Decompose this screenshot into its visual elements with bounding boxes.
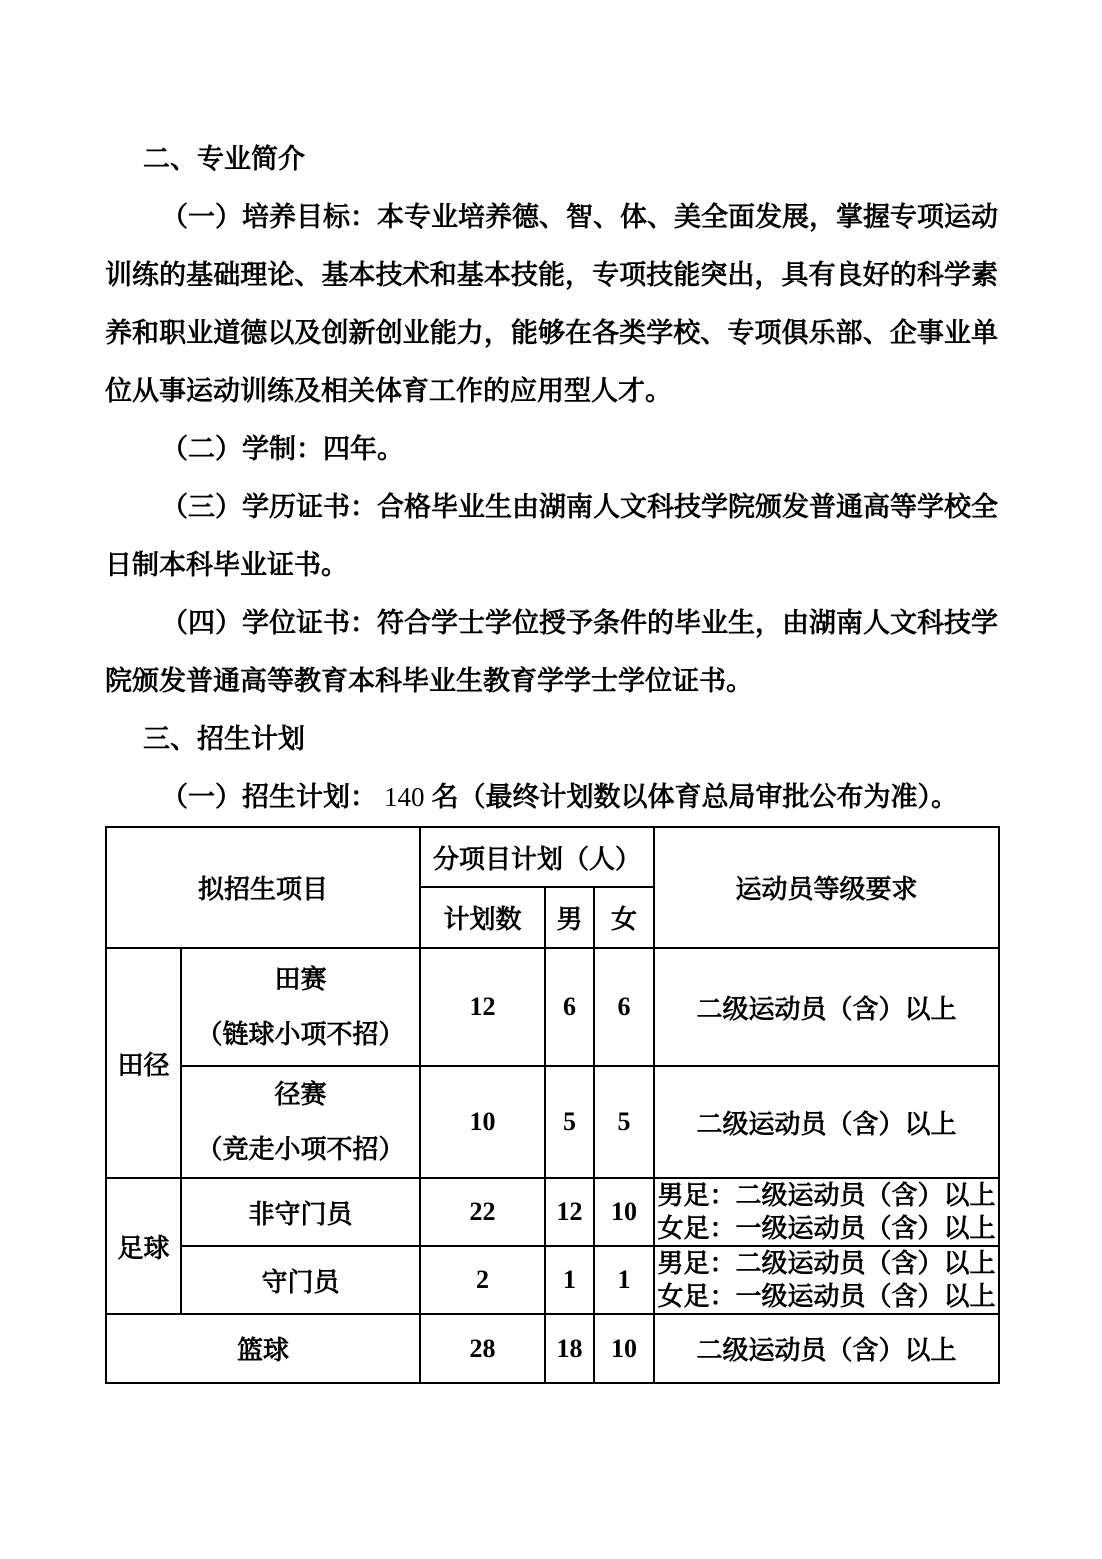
cell-plan: 2 (420, 1246, 545, 1314)
requirement-female: 女足：一级运动员（含）以上 (655, 1212, 998, 1245)
item-name: 径赛 (182, 1067, 419, 1122)
header-cell-female: 女 (594, 887, 654, 948)
cell-female: 1 (594, 1246, 654, 1314)
header-cell-plan-group: 分项目计划（人） (420, 827, 654, 887)
cell-group-athletics: 田径 (106, 948, 181, 1178)
cell-item-basketball: 篮球 (106, 1314, 420, 1383)
paragraph-line: 养和职业道德以及创新创业能力，能够在各类学校、专项俱乐部、企事业单 (105, 304, 998, 362)
cell-group-football: 足球 (106, 1178, 181, 1314)
paragraph-line: （一）培养目标：本专业培养德、智、体、美全面发展，掌握专项运动 (105, 188, 998, 246)
cell-female: 10 (594, 1178, 654, 1246)
cell-plan: 12 (420, 948, 545, 1066)
cell-female: 10 (594, 1314, 654, 1383)
requirement-female: 女足：一级运动员（含）以上 (655, 1280, 998, 1313)
cell-female: 5 (594, 1066, 654, 1178)
table-row: 篮球 28 18 10 二级运动员（含）以上 (106, 1314, 999, 1383)
requirement-male: 男足：二级运动员（含）以上 (655, 1247, 998, 1280)
paragraph-line: 日制本科毕业证书。 (105, 536, 998, 594)
table-row: 守门员 2 1 1 男足：二级运动员（含）以上 女足：一级运动员（含）以上 (106, 1246, 999, 1314)
document-body: 二、专业简介 （一）培养目标：本专业培养德、智、体、美全面发展，掌握专项运动 训… (105, 130, 998, 1384)
item-note: （链球小项不招） (182, 1007, 419, 1062)
header-cell-plan-total: 计划数 (420, 887, 545, 948)
cell-plan: 10 (420, 1066, 545, 1178)
cell-requirement: 男足：二级运动员（含）以上 女足：一级运动员（含）以上 (654, 1246, 999, 1314)
table-row: 足球 非守门员 22 12 10 男足：二级运动员（含）以上 女足：一级运动员（… (106, 1178, 999, 1246)
cell-item-goalkeeper: 守门员 (181, 1246, 420, 1314)
paragraph-line: 位从事运动训练及相关体育工作的应用型人才。 (105, 362, 998, 420)
cell-plan: 28 (420, 1314, 545, 1383)
cell-plan: 22 (420, 1178, 545, 1246)
paragraph-line: （三）学历证书：合格毕业生由湖南人文科技学院颁发普通高等学校全 (105, 478, 998, 536)
cell-male: 1 (545, 1246, 594, 1314)
paragraph-line: 院颁发普通高等教育本科毕业生教育学学士学位证书。 (105, 652, 998, 710)
cell-requirement: 二级运动员（含）以上 (654, 1066, 999, 1178)
admission-plan-table: 拟招生项目 分项目计划（人） 运动员等级要求 计划数 男 女 田径 田赛 （链球… (105, 826, 1000, 1384)
header-cell-project: 拟招生项目 (106, 827, 420, 948)
cell-item-track-events: 径赛 （竞走小项不招） (181, 1066, 420, 1178)
cell-male: 6 (545, 948, 594, 1066)
cell-requirement: 二级运动员（含）以上 (654, 1314, 999, 1383)
cell-item-field-events: 田赛 （链球小项不招） (181, 948, 420, 1066)
cell-requirement: 男足：二级运动员（含）以上 女足：一级运动员（含）以上 (654, 1178, 999, 1246)
cell-female: 6 (594, 948, 654, 1066)
cell-item-non-goalkeeper: 非守门员 (181, 1178, 420, 1246)
table-row: 径赛 （竞走小项不招） 10 5 5 二级运动员（含）以上 (106, 1066, 999, 1178)
item-note: （竞走小项不招） (182, 1122, 419, 1177)
cell-male: 5 (545, 1066, 594, 1178)
header-cell-requirement: 运动员等级要求 (654, 827, 999, 948)
section-heading-major-3: 三、招生计划 (105, 710, 998, 768)
plan-line-suffix: 名（最终计划数以体育总局审批公布为准）。 (432, 782, 959, 812)
cell-requirement: 二级运动员（含）以上 (654, 948, 999, 1066)
cell-male: 18 (545, 1314, 594, 1383)
header-cell-male: 男 (545, 887, 594, 948)
table-row: 田径 田赛 （链球小项不招） 12 6 6 二级运动员（含）以上 (106, 948, 999, 1066)
requirement-male: 男足：二级运动员（含）以上 (655, 1179, 998, 1212)
plan-line-prefix: （一）招生计划： (161, 782, 377, 812)
table-header-row-1: 拟招生项目 分项目计划（人） 运动员等级要求 (106, 827, 999, 887)
document-page: 二、专业简介 （一）培养目标：本专业培养德、智、体、美全面发展，掌握专项运动 训… (0, 0, 1102, 1559)
paragraph-line: 训练的基础理论、基本技术和基本技能，专项技能突出，具有良好的科学素 (105, 246, 998, 304)
cell-male: 12 (545, 1178, 594, 1246)
item-name: 田赛 (182, 952, 419, 1007)
plan-total-line: （一）招生计划：140名（最终计划数以体育总局审批公布为准）。 (105, 768, 998, 826)
paragraph-line: （二）学制：四年。 (105, 420, 998, 478)
plan-total-number: 140 (384, 782, 425, 812)
paragraph-line: （四）学位证书：符合学士学位授予条件的毕业生，由湖南人文科技学 (105, 594, 998, 652)
section-heading-major-2: 二、专业简介 (105, 130, 998, 188)
